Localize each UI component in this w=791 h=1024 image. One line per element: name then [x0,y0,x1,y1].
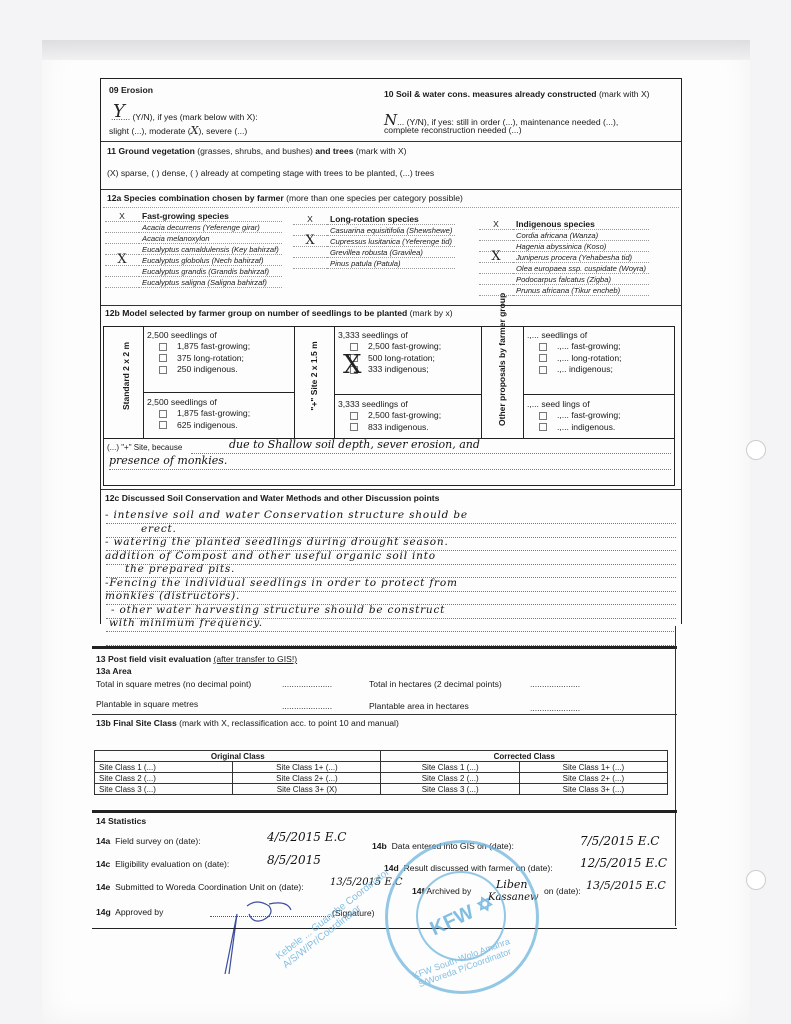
section-title: 11 Ground vegetation (grasses, shrubs, a… [107,146,407,156]
mark-column-header: X [293,214,327,225]
severe-label: ), severe (...) [199,126,248,136]
plus-site-label: "+" Site 2 x 1.5 m [309,336,319,416]
because-label: (...) "+" Site, because [107,443,182,452]
species-mark[interactable]: X [293,236,327,247]
species-name: Acacia melanoxylon [139,233,282,244]
species-category-header: Long-rotation species [327,214,455,225]
seedling-option[interactable]: 250 indigenous. [147,364,250,376]
site-class-row: Site Class 3 (...)Site Class 3+ (X)Site … [95,784,668,795]
species-header-row: XIndigenous species [479,219,649,230]
punch-hole [746,440,766,460]
code: 14e [96,882,110,892]
section-title-14: 14 Statistics [96,816,146,826]
species-header-row: XLong-rotation species [293,214,455,225]
species-name: Pinus patula (Patula) [327,258,455,269]
dotted-line [106,632,676,646]
seedling-option[interactable]: .,.. indigenous; [527,364,622,376]
other-proposals-label: Other proposals by farmer group [497,326,507,426]
t1: 13 Post field visit evaluation [96,654,211,664]
species-category-header: Fast-growing species [139,211,282,222]
total-sqm-label: Total in square metres (no decimal point… [96,679,251,689]
site-class-option[interactable]: Site Class 3 (...) [381,784,519,795]
total-ha-field[interactable]: ..................... [530,679,580,689]
standard-option-a[interactable]: 2,500 seedlings of1,875 fast-growing;375… [147,330,250,376]
t2: (after transfer to GIS!) [214,654,298,664]
fast-growing-table: XFast-growing speciesAcacia decurrens (Y… [105,211,282,288]
option-label: .,... indigenous. [557,422,615,432]
divider [481,326,482,438]
seedling-count: .,... seedlings of [527,330,622,340]
t4: (mark with X) [356,146,407,156]
title-bold: 10 Soil & water cons. measures already c… [384,89,597,99]
site-class-option[interactable]: Site Class 3+ (X) [233,784,381,795]
site-class-option[interactable]: Site Class 2+ (...) [233,773,381,784]
option-label: .,... fast-growing; [557,410,621,420]
section-title: 12c Discussed Soil Conservation and Wate… [105,493,439,503]
checkbox[interactable] [539,354,547,362]
divider [294,326,295,438]
species-header-row: XFast-growing species [105,211,282,222]
code: 14g [96,907,111,917]
species-mark[interactable] [105,266,139,277]
label: Submitted to Woreda Coordination Unit on… [115,882,304,892]
archived-date[interactable]: 13/5/2015 E.C [586,879,666,892]
t1: 12b Model selected by farmer group on nu… [105,308,407,318]
section-title: 12a Species combination chosen by farmer… [107,193,463,203]
species-name: Acacia decurrens (Yeferenge girar) [139,222,282,233]
form-sheet: 09 Erosion Y ........ (Y/N), if yes (mar… [100,78,682,624]
species-name: Cordia africana (Wanza) [513,230,649,241]
species-row[interactable]: Acacia decurrens (Yeferenge girar) [105,222,282,233]
field-survey-label: 14a Field survey on (date): [96,836,201,846]
t1: 11 Ground vegetation [107,146,195,156]
divider [92,714,677,715]
eligibility-date[interactable]: 8/5/2015 [267,853,321,867]
total-sqm-field[interactable]: ..................... [282,679,332,689]
section-12a-species: 12a Species combination chosen by farmer… [101,189,681,190]
species-mark[interactable]: X [479,252,513,263]
divider [92,646,677,649]
erosion-line1: ........ (Y/N), if yes (mark below with … [111,112,258,122]
t2: (mark with X, reclassification acc. to p… [179,718,399,728]
seedling-count: .,... seed lings of [527,399,621,409]
checkbox[interactable] [159,366,167,374]
option-label: .,.. indigenous; [557,364,613,374]
species-name: Eucalyptus camaldulensis (Key bahirzaf) [139,244,282,255]
species-name: Juniperus procera (Yehabesha tid) [513,252,649,263]
species-mark[interactable] [479,285,513,296]
species-row[interactable]: Hagenia abyssinica (Koso) [479,241,649,252]
site-class-option[interactable]: Site Class 1 (...) [95,762,233,773]
divider [92,928,677,929]
vegetation-options[interactable]: (X) sparse, ( ) dense, ( ) already at co… [107,168,434,178]
species-name: Eucalyptus grandis (Grandis bahirzaf) [139,266,282,277]
option-label: 1,875 fast-growing; [177,341,250,351]
species-mark[interactable] [479,274,513,285]
option-label: 2,500 fast-growing; [368,341,441,351]
option-label: 333 indigenous; [368,364,429,374]
option-label: 833 indigenous. [368,422,429,432]
mark-column-header: X [105,211,139,222]
long-rotation-table: XLong-rotation speciesCasuarina equisiti… [293,214,455,269]
seedling-option[interactable]: .,... indigenous. [527,422,621,434]
species-mark[interactable] [293,247,327,258]
other-option-a[interactable]: .,... seedlings of.,... fast-growing;.,.… [527,330,622,376]
species-mark[interactable] [293,258,327,269]
approved-label: 14g Approved by [96,907,163,917]
section-title-13b: 13b Final Site Class (mark with X, recla… [96,718,399,728]
seedling-option[interactable]: .,... long-rotation; [527,353,622,365]
seedling-option[interactable]: 2,500 fast-growing; [338,410,441,422]
divider [103,207,679,208]
option-label: .,... long-rotation; [557,353,622,363]
site-class-option[interactable]: Site Class 2 (...) [95,773,233,784]
site-class-option[interactable]: Site Class 1+ (...) [519,762,667,773]
code: 14a [96,836,110,846]
eligibility-label: 14c Eligibility evaluation on (date): [96,859,229,869]
t2: (mark by x) [410,308,453,318]
site-class-option[interactable]: Site Class 1+ (...) [233,762,381,773]
species-name: Grevillea robusta (Gravilea) [327,247,455,258]
species-row[interactable]: Casuarina equisitifolia (Shewshewe) [293,225,455,236]
discussion-text[interactable]: addition of Compost and other useful org… [105,550,436,562]
slight-moderate-label: slight (...), moderate ( [109,126,191,136]
original-class-header: Original Class [95,751,381,762]
species-row[interactable]: Pinus patula (Patula) [293,258,455,269]
divider [523,326,524,438]
code: 14b [372,841,387,851]
t1: 12a Species combination chosen by farmer [107,193,284,203]
divider [334,394,481,395]
checkbox[interactable] [159,354,167,362]
divider [334,326,335,438]
species-row[interactable]: XCupressus lusitanica (Yeferenge tid) [293,236,455,247]
discussion-text[interactable]: -Fencing the individual seedlings in ord… [105,577,458,589]
site-class-row: Site Class 2 (...)Site Class 2+ (...)Sit… [95,773,668,784]
option-label: 2,500 fast-growing; [368,410,441,420]
species-row[interactable]: Eucalyptus grandis (Grandis bahirzaf) [105,266,282,277]
checkbox[interactable] [539,423,547,431]
label: Field survey on (date): [115,836,201,846]
site-class-option[interactable]: Site Class 3 (...) [95,784,233,795]
site-class-option[interactable]: Site Class 2 (...) [381,773,519,784]
species-row[interactable]: Acacia melanoxylon [105,233,282,244]
site-class-option[interactable]: Site Class 1 (...) [381,762,519,773]
seedling-count: 2,500 seedlings of [147,330,250,340]
discussion-text[interactable]: - intensive soil and water Conservation … [105,509,468,521]
species-name: Cupressus lusitanica (Yeferenge tid) [327,236,455,247]
seedling-option[interactable]: 625 indigenous. [147,420,250,432]
option-label: 1,875 fast-growing; [177,408,250,418]
site-class-table: Original Class Corrected Class Site Clas… [94,750,668,795]
checkbox[interactable] [350,423,358,431]
area-title: 13a Area [96,666,132,676]
section-11-vegetation: 11 Ground vegetation (grasses, shrubs, a… [101,141,681,142]
plus-option-b[interactable]: 3,333 seedlings of2,500 fast-growing;833… [338,399,441,433]
species-name: Podocarpus falcatus (Zigba) [513,274,649,285]
plant-ha-label: Plantable area in hectares [369,701,469,711]
dotted-line [109,469,671,470]
species-name: Casuarina equisitifolia (Shewshewe) [327,225,455,236]
seedling-count: 3,333 seedlings of [338,399,441,409]
divider [143,326,144,438]
seedling-option[interactable]: .,... fast-growing; [527,341,622,353]
species-mark[interactable] [105,233,139,244]
swc-line2: complete reconstruction needed (...) [384,125,522,135]
checkbox[interactable] [539,412,547,420]
because-line1[interactable]: due to Shallow soil depth, sever erosion… [229,438,480,451]
divider [523,394,675,395]
other-option-b[interactable]: .,... seed lings of.,... fast-growing;.,… [527,399,621,433]
label: Approved by [115,907,163,917]
section-title: 12b Model selected by farmer group on nu… [105,308,453,318]
section-12b-model: 12b Model selected by farmer group on nu… [101,305,681,306]
standard-option-b[interactable]: 2,500 seedlings of1,875 fast-growing;625… [147,397,250,431]
field-survey-date[interactable]: 4/5/2015 E.C [267,830,346,844]
species-row[interactable]: Cordia africana (Wanza) [479,230,649,241]
discussion-text[interactable]: erect. [141,523,177,535]
species-mark[interactable] [479,263,513,274]
seedling-count: 2,500 seedlings of [147,397,250,407]
indigenous-table: XIndigenous speciesCordia africana (Wanz… [479,219,649,296]
checkbox[interactable] [159,410,167,418]
t2: (more than one species per category poss… [286,193,463,203]
title-note: (mark with X) [599,89,650,99]
discussion-text[interactable]: - other water harvesting structure shoul… [111,604,445,616]
species-mark[interactable] [105,277,139,288]
checkbox[interactable] [159,421,167,429]
species-mark[interactable] [479,230,513,241]
t1: 13b Final Site Class [96,718,177,728]
submitted-label: 14e Submitted to Woreda Coordination Uni… [96,882,304,892]
seedling-option[interactable]: .,... fast-growing; [527,410,621,422]
option-label: 500 long-rotation; [368,353,435,363]
seedling-option[interactable]: 833 indigenous. [338,422,441,434]
species-mark[interactable]: X [105,255,139,266]
seedling-option[interactable]: 375 long-rotation; [147,353,250,365]
site-class-option[interactable]: Site Class 2+ (...) [519,773,667,784]
species-row[interactable]: Eucalyptus camaldulensis (Key bahirzaf) [105,244,282,255]
seedling-option[interactable]: 1,875 fast-growing; [147,408,250,420]
site-class-option[interactable]: Site Class 3+ (...) [519,784,667,795]
species-row[interactable]: Eucalyptus saligna (Saligna bahirzaf) [105,277,282,288]
moderate-mark[interactable]: X [191,124,199,137]
discussion-text[interactable]: the prepared pits. [125,563,235,575]
official-stamp-round: KFW ✡ KFW South Wolo Amahra S/Woreda P/C… [385,840,539,994]
species-name: Eucalyptus globolus (Nech bahirzaf) [139,255,282,266]
species-row[interactable]: XEucalyptus globolus (Nech bahirzaf) [105,255,282,266]
discussion-text[interactable]: monkies (distructors). [105,590,240,602]
section-title: 09 Erosion [109,85,153,95]
t2: (grasses, shrubs, and bushes) [197,146,313,156]
species-mark[interactable] [105,222,139,233]
checkbox[interactable] [539,366,547,374]
scan-shadow [42,40,750,60]
option-label: 625 indigenous. [177,420,238,430]
checkbox[interactable] [159,343,167,351]
divider [143,392,294,393]
border [675,626,676,926]
discussion-text[interactable]: with minimum frequency. [109,617,263,629]
archived-on-label: on (date): [544,886,581,896]
t3: and trees [315,146,353,156]
standard-label: Standard 2 x 2 m [121,336,131,416]
code: 14c [96,859,110,869]
section-title: 10 Soil & water cons. measures already c… [384,89,650,99]
erosion-line2: slight (...), moderate (X), severe (...) [109,124,247,137]
plant-sqm-field[interactable]: ..................... [282,701,332,711]
total-ha-label: Total in hectares (2 decimal points) [369,679,502,689]
seedling-count: 3,333 seedlings of [338,330,441,340]
divider [92,810,677,813]
species-category-header: Indigenous species [513,219,649,230]
species-row[interactable]: Olea europaea ssp. cuspidate (Woyra) [479,263,649,274]
mark-column-header: X [479,219,513,230]
checkbox[interactable] [539,343,547,351]
species-name: Olea europaea ssp. cuspidate (Woyra) [513,263,649,274]
result-discussed-date[interactable]: 12/5/2015 E.C [580,856,667,870]
option-label: 375 long-rotation; [177,353,244,363]
species-row[interactable]: Grevillea robusta (Gravilea) [293,247,455,258]
corrected-class-header: Corrected Class [381,751,668,762]
discussion-text[interactable]: - watering the planted seedlings during … [105,536,449,548]
species-name: Prunus africana (Tikur encheb) [513,285,649,296]
plant-sqm-label: Plantable in square metres [96,699,198,709]
section-12c-discussion: 12c Discussed Soil Conservation and Wate… [101,489,681,490]
option-label: 250 indigenous. [177,364,238,374]
species-name: Eucalyptus saligna (Saligna bahirzaf) [139,277,282,288]
site-class-row: Site Class 1 (...)Site Class 1+ (...)Sit… [95,762,668,773]
species-row[interactable]: XJuniperus procera (Yehabesha tid) [479,252,649,263]
because-line2[interactable]: presence of monkies. [109,454,227,467]
species-name: Hagenia abyssinica (Koso) [513,241,649,252]
label: Eligibility evaluation on (date): [115,859,229,869]
seedling-option[interactable]: 1,875 fast-growing; [147,341,250,353]
checkbox[interactable] [350,412,358,420]
gis-entry-date[interactable]: 7/5/2015 E.C [580,834,659,848]
plus-option-a-mark[interactable]: X [343,350,362,380]
punch-hole [746,870,766,890]
option-label: .,... fast-growing; [557,341,621,351]
dotted-line [191,453,671,454]
plant-ha-field[interactable]: ..................... [530,703,580,713]
species-row[interactable]: Podocarpus falcatus (Zigba) [479,274,649,285]
section-title-13: 13 Post field visit evaluation (after tr… [96,654,297,664]
